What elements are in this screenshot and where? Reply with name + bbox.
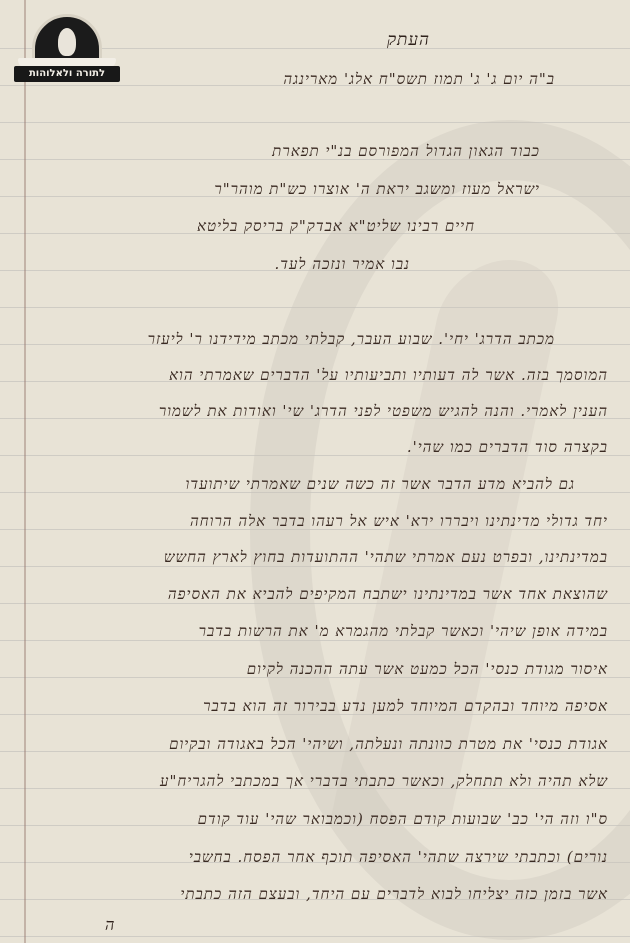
salutation-line: כבוד הגאון הגדול המפורסם בנ"י תפארת bbox=[272, 142, 540, 161]
page-mark: ה bbox=[105, 915, 115, 935]
body-line: הענין לאמרי. והנה להגיש משפטי לפני הדרג'… bbox=[159, 402, 608, 421]
salutation-line: ישראל מעוז ומשגב יראת ה' אוצרו כש"ת מוהר… bbox=[214, 180, 540, 199]
archive-logo: לתורה ולאלוהות bbox=[14, 14, 120, 84]
body-line: ס"ו וזה הי' כב' שבועות קודם הפסח (וכמבוא… bbox=[198, 810, 608, 829]
body-line: במידה אופן שיהי' וכאשר קבלתי מהגמרא מ' א… bbox=[199, 622, 608, 641]
body-line: גם להביא מדע הדבר אשר זה כשה שנים שאמרתי… bbox=[185, 475, 575, 494]
salutation-line: נבו אמיר ונזכה לעד. bbox=[275, 255, 410, 274]
body-line: איסור מגודת כנסי' הכל כמעט אשר עתה ההכנה… bbox=[247, 660, 608, 679]
dateline: ב"ה יום ג' ג' תמוז תשס"ח אלג' מארינגה bbox=[283, 70, 555, 89]
body-line: אסיפה מיוחד ובהקדם המיוחד למען נדע בבירו… bbox=[203, 697, 608, 716]
body-line: מכתב הדרג' יחי'. שבוע העבר, קבלתי מכתב מ… bbox=[148, 330, 555, 349]
flame-icon bbox=[58, 28, 76, 56]
body-line: שלא תהיה ולא תתחלק, וכאשר כתבתי בדברי אך… bbox=[160, 772, 608, 791]
body-line: נורים) וכתבתי שירצה שתהי' האסיפה תוכף אח… bbox=[189, 848, 608, 867]
body-line: במדינתינו, ובפרט נעם אמרתי שתהי' ההתועדו… bbox=[164, 548, 608, 567]
body-line: אשר בזמן כזה יצליחו לבוא לדברים עם היחד,… bbox=[180, 885, 608, 904]
body-line: שהוצאת אחד אשר במדינתינו ישתבח המקיפים ל… bbox=[168, 585, 608, 604]
body-line: יחד גדולי מדינתינו ויבררו ירא' איש אל רע… bbox=[190, 512, 608, 531]
letter-heading: העתק bbox=[387, 30, 430, 50]
logo-banner: לתורה ולאלוהות bbox=[14, 66, 120, 82]
salutation-line: חיים רבינו שליט"א אבדק"ק בריסק בליטא bbox=[197, 217, 475, 236]
letter-page: לתורה ולאלוהות העתק ב"ה יום ג' ג' תמוז ת… bbox=[0, 0, 630, 943]
body-line: המוסמך בזה. אשר לה דעותיו ותביעותיו על' … bbox=[169, 366, 608, 385]
body-line: אגודת כנסי' את מטרת כוונתה ונעלתה, ושיהי… bbox=[169, 735, 608, 754]
body-line: בקצרה סוד הדברים כמו שהי'. bbox=[407, 438, 608, 457]
margin-rule bbox=[24, 0, 26, 943]
